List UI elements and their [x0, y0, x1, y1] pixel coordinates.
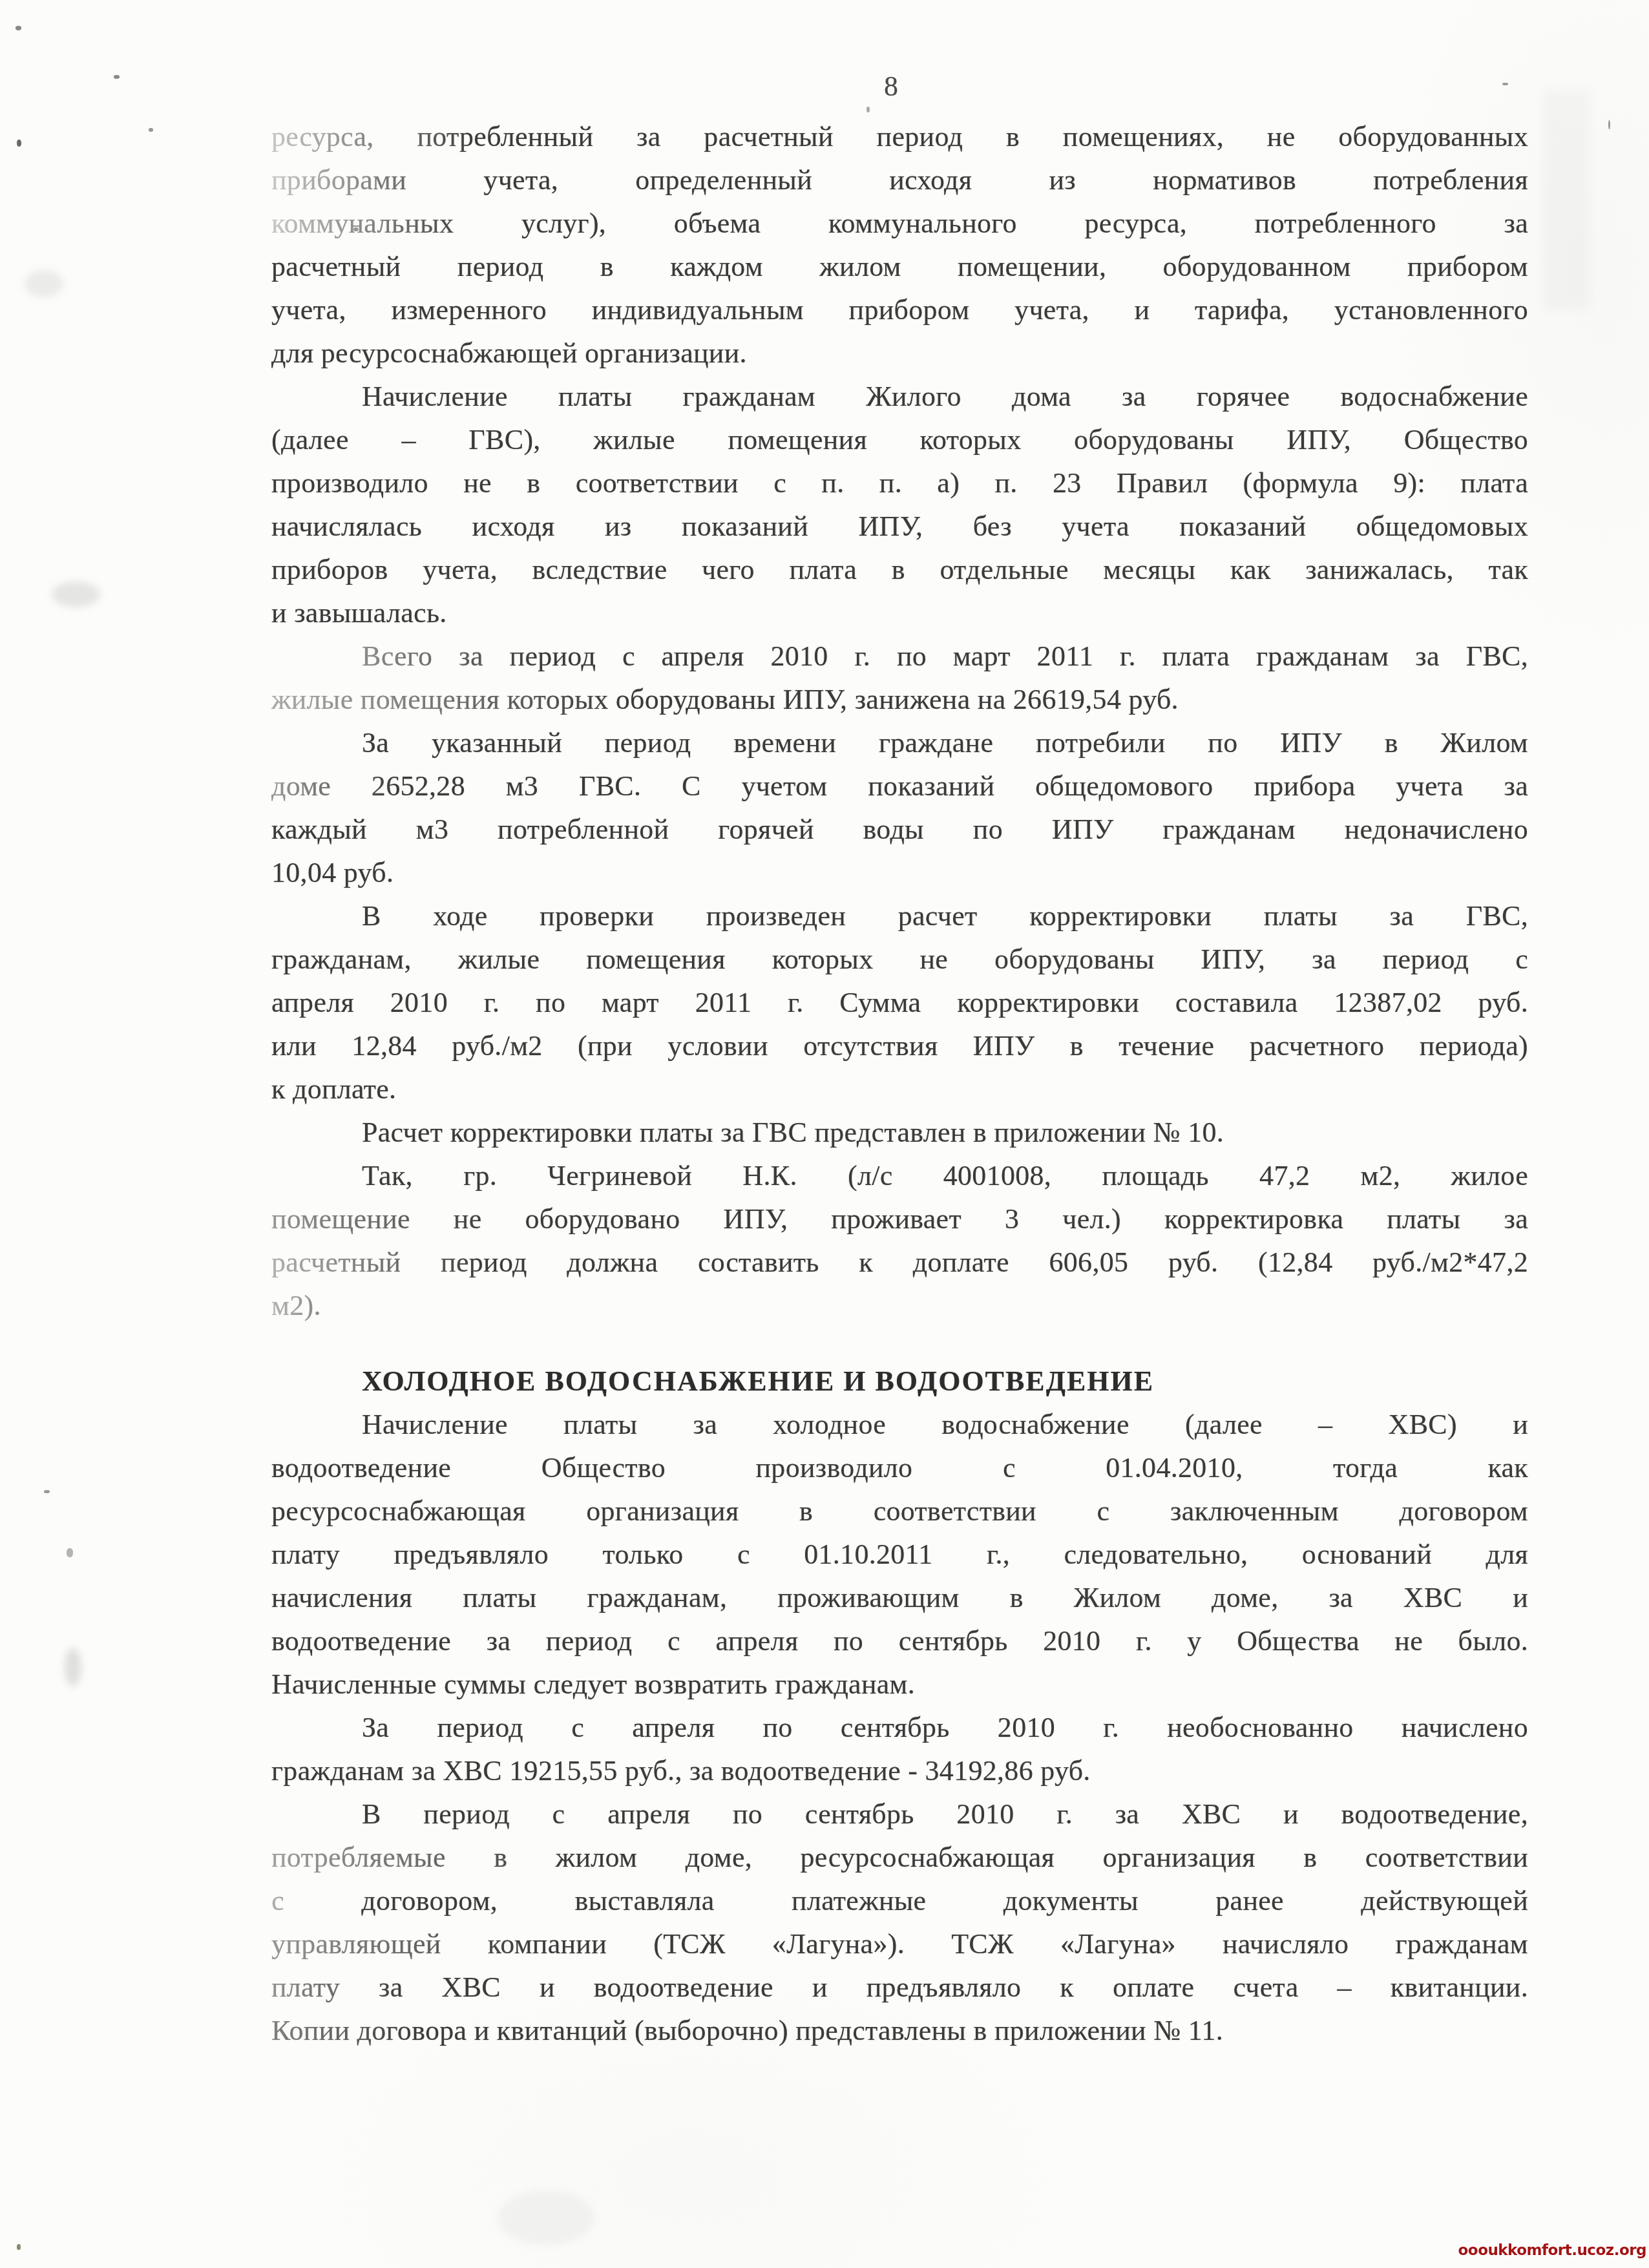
- text-line: м2).: [271, 1284, 1528, 1327]
- site-watermark: oooukkomfort.ucoz.org: [1458, 2242, 1646, 2259]
- text-line: потребляемые в жилом доме, ресурсоснабжа…: [271, 1836, 1528, 1879]
- text-line: Начисление платы гражданам Жилого дома з…: [271, 375, 1528, 418]
- paragraph: За период с апреля по сентябрь 2010 г. н…: [271, 1706, 1528, 1792]
- text-line: приборами учета, определенный исходя из …: [271, 158, 1528, 202]
- text-line: начислялась исходя из показаний ИПУ, без…: [271, 505, 1528, 548]
- text-line: к доплате.: [271, 1067, 1528, 1111]
- paragraph: ресурса, потребленный за расчетный перио…: [271, 115, 1528, 375]
- text-line: За указанный период времени граждане пот…: [271, 721, 1528, 764]
- text-line: гражданам, жилые помещения которых не об…: [271, 938, 1528, 981]
- text-line: приборов учета, вследствие чего плата в …: [271, 548, 1528, 591]
- section-heading: ХОЛОДНОЕ ВОДОСНАБЖЕНИЕ И ВОДООТВЕДЕНИЕ: [271, 1360, 1528, 1403]
- text-line: с договором, выставляла платежные докуме…: [271, 1879, 1528, 1922]
- text-line: управляющей компании (ТСЖ «Лагуна»). ТСЖ…: [271, 1922, 1528, 1966]
- text-line: Начисленные суммы следует возвратить гра…: [271, 1663, 1528, 1706]
- scan-speck: [149, 128, 153, 132]
- scan-speck: [1608, 120, 1610, 129]
- paragraph: В ходе проверки произведен расчет коррек…: [271, 894, 1528, 1111]
- text-line: плату предъявляло только с 01.10.2011 г.…: [271, 1533, 1528, 1576]
- text-line: гражданам за ХВС 19215,55 руб., за водоо…: [271, 1749, 1528, 1792]
- text-line: (далее – ГВС), жилые помещения которых о…: [271, 418, 1528, 461]
- text-line: Всего за период с апреля 2010 г. по март…: [271, 635, 1528, 678]
- text-line: водоотведение за период с апреля по сент…: [271, 1619, 1528, 1663]
- scan-speck: [16, 26, 21, 30]
- scan-smudge: [52, 582, 100, 607]
- text-line: помещение не оборудовано ИПУ, проживает …: [271, 1197, 1528, 1241]
- text-line: жилые помещения которых оборудованы ИПУ,…: [271, 678, 1528, 721]
- text-line: Расчет корректировки платы за ГВС предст…: [271, 1111, 1528, 1154]
- scan-smudge: [25, 270, 63, 297]
- scan-speck: [17, 140, 21, 147]
- scan-speck: [114, 75, 120, 79]
- paragraph: В период с апреля по сентябрь 2010 г. за…: [271, 1792, 1528, 2052]
- text-line: водоотведение Общество производило с 01.…: [271, 1446, 1528, 1489]
- text-line: и завышалась.: [271, 591, 1528, 635]
- scan-speck: [67, 1548, 73, 1557]
- scanned-page: 8 ресурса, потребленный за расчетный пер…: [0, 0, 1649, 2268]
- text-line: учета, измеренного индивидуальным прибор…: [271, 288, 1528, 331]
- text-line: апреля 2010 г. по март 2011 г. Сумма кор…: [271, 981, 1528, 1024]
- text-line: 10,04 руб.: [271, 851, 1528, 894]
- text-line: для ресурсоснабжающей организации.: [271, 331, 1528, 375]
- paragraph: Всего за период с апреля 2010 г. по март…: [271, 635, 1528, 721]
- scan-speck: [867, 107, 870, 112]
- scan-speck: [44, 1490, 50, 1493]
- text-line: расчетный период должна составить к допл…: [271, 1241, 1528, 1284]
- text-line: Копии договора и квитанций (выборочно) п…: [271, 2009, 1528, 2052]
- scan-streak: [1543, 90, 1590, 310]
- scan-smudge: [498, 2190, 594, 2245]
- paragraph: Расчет корректировки платы за ГВС предст…: [271, 1111, 1528, 1154]
- text-line: В ходе проверки произведен расчет коррек…: [271, 894, 1528, 938]
- text-line: коммунальных услуг), объема коммунальног…: [271, 202, 1528, 245]
- text-line: доме 2652,28 м3 ГВС. С учетом показаний …: [271, 764, 1528, 808]
- text-line: Начисление платы за холодное водоснабжен…: [271, 1403, 1528, 1446]
- scan-speck: [1502, 83, 1508, 85]
- text-line: производило не в соответствии с п. п. а)…: [271, 461, 1528, 505]
- scan-speck: [17, 2244, 21, 2250]
- text-line: Так, гр. Чегриневой Н.К. (л/с 4001008, п…: [271, 1154, 1528, 1197]
- paragraph: Начисление платы за холодное водоснабжен…: [271, 1403, 1528, 1706]
- paragraph: Так, гр. Чегриневой Н.К. (л/с 4001008, п…: [271, 1154, 1528, 1327]
- paragraph: За указанный период времени граждане пот…: [271, 721, 1528, 894]
- text-line: или 12,84 руб./м2 (при условии отсутстви…: [271, 1024, 1528, 1067]
- text-line: начисления платы гражданам, проживающим …: [271, 1576, 1528, 1619]
- text-line: каждый м3 потребленной горячей воды по И…: [271, 808, 1528, 851]
- text-line: За период с апреля по сентябрь 2010 г. н…: [271, 1706, 1528, 1749]
- text-line: ХОЛОДНОЕ ВОДОСНАБЖЕНИЕ И ВОДООТВЕДЕНИЕ: [271, 1360, 1528, 1403]
- text-line: ресурсоснабжающая организация в соответс…: [271, 1489, 1528, 1533]
- document-body: ресурса, потребленный за расчетный перио…: [271, 115, 1528, 2052]
- paragraph: Начисление платы гражданам Жилого дома з…: [271, 375, 1528, 635]
- text-line: ресурса, потребленный за расчетный перио…: [271, 115, 1528, 158]
- scan-smudge: [65, 1648, 81, 1686]
- text-line: В период с апреля по сентябрь 2010 г. за…: [271, 1792, 1528, 1836]
- text-line: расчетный период в каждом жилом помещени…: [271, 245, 1528, 288]
- page-number: 8: [884, 70, 898, 103]
- text-line: плату за ХВС и водоотведение и предъявля…: [271, 1966, 1528, 2009]
